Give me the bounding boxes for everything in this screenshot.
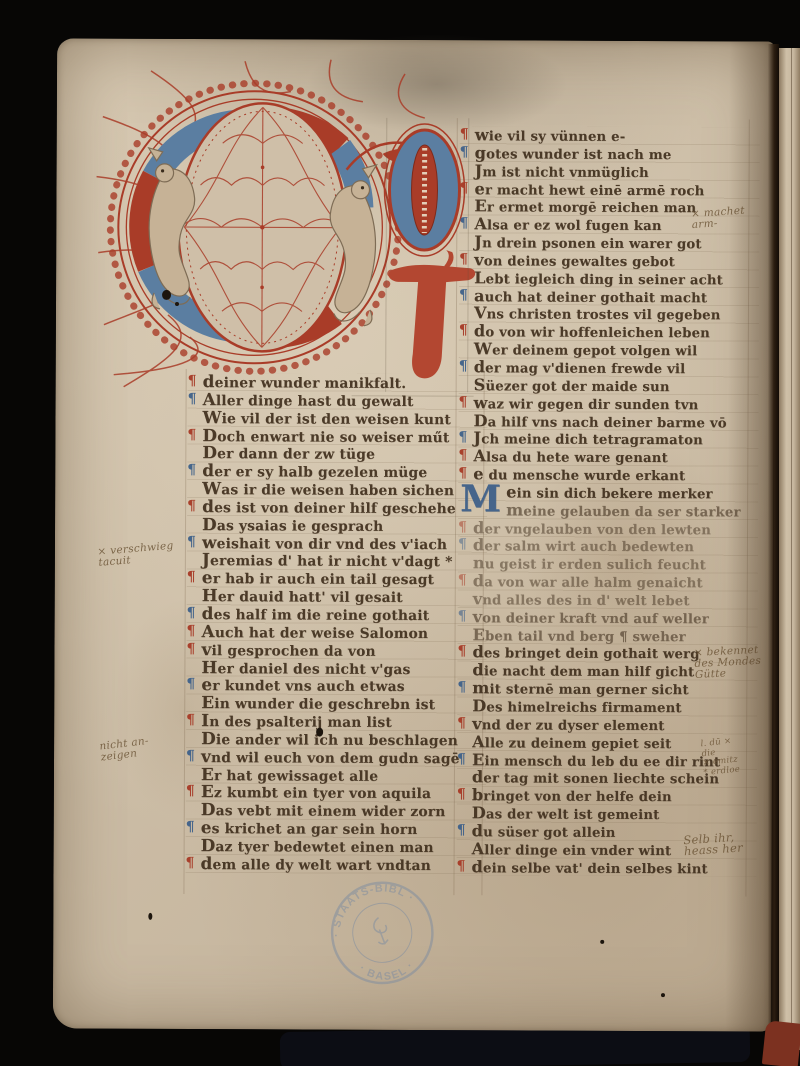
- text-line: ¶des ist von deiner hilf geschehe: [187, 498, 487, 517]
- text-line: Ein wunder die geschrebn ist: [186, 694, 486, 713]
- blue-paragraph-mark: ¶: [187, 534, 196, 552]
- text-line: Jeremias d' hat ir nicht v'dagt *: [187, 551, 487, 570]
- facing-page-edge: [779, 48, 800, 1050]
- red-paragraph-mark: ¶: [460, 126, 469, 144]
- text-line: Lebt iegleich ding in seiner acht: [459, 269, 759, 288]
- text-line: Her dauid hatt' vil gesait: [187, 587, 487, 606]
- ink-speck: [175, 302, 179, 306]
- text-line: ¶der salm wirt auch bedewten: [458, 537, 758, 556]
- margin-note-small-glosses: l. dū ×die× emitz* erdloe: [700, 737, 740, 778]
- blue-paragraph-mark: ¶: [457, 679, 466, 697]
- ink-speck: [661, 993, 665, 997]
- margin-note-machet-arm: × machetarm-: [691, 206, 746, 231]
- text-line: ¶weishait von dir vnd des v'iach: [187, 534, 487, 553]
- text-line: ¶wie vil sy vünnen e-: [460, 126, 760, 145]
- text-line: ¶vil gesprochen da von: [186, 641, 486, 660]
- text-column-left: ¶deiner wunder manikfalt.¶Aller dinge ha…: [186, 373, 488, 874]
- margin-note-nicht-anzeigen: nicht an-zeigen: [99, 736, 151, 764]
- red-paragraph-mark: ¶: [186, 712, 195, 730]
- text-line: Das vebt mit einem wider zorn: [186, 801, 486, 820]
- text-line: Da hilf vns nach deiner barme vō: [458, 412, 758, 431]
- margin-note-mondes-guette: × bekennetdes MondesGütte: [694, 645, 762, 681]
- text-line: ¶er hab ir auch ein tail gesagt: [187, 569, 487, 588]
- binding-red-corner: [762, 1020, 800, 1066]
- text-line: Er hat gewissaget alle: [186, 766, 486, 785]
- text-line: Wie vil der ist den weisen kunt: [187, 409, 487, 428]
- red-paragraph-mark: ¶: [187, 427, 196, 445]
- library-stamp-basel: · STAATS-BIBL · · BASEL ·: [311, 862, 454, 1005]
- illuminated-initial-got: [94, 57, 477, 403]
- text-line: ¶Jch meine dich tetragramaton: [458, 430, 758, 449]
- text-line: Was ir die weisen haben sichen: [187, 480, 487, 499]
- text-line: Jm ist nicht vnmüglich: [460, 162, 760, 181]
- blue-paragraph-mark: ¶: [186, 819, 195, 837]
- ink-blot: [316, 728, 323, 737]
- red-paragraph-mark: ¶: [459, 251, 468, 269]
- text-line: ¶der er sy halb gezelen müge: [187, 462, 487, 481]
- ink-speck: [148, 913, 152, 920]
- text-line: ¶Doch enwart nie so weiser műt: [187, 427, 487, 446]
- text-line: ¶er kundet vns auch etwas: [186, 676, 486, 695]
- red-paragraph-mark: ¶: [188, 373, 197, 391]
- text-line: ¶Aller dinge hast du gewalt: [188, 391, 488, 410]
- red-paragraph-mark: ¶: [187, 623, 196, 641]
- text-line: ¶auch hat deiner gothait macht: [459, 287, 759, 306]
- text-line: Her daniel des nicht v'gas: [186, 659, 486, 678]
- text-line: ¶es krichet an gar sein horn: [186, 819, 486, 838]
- text-line: ¶In des psalterij man list: [186, 712, 486, 731]
- blue-paragraph-mark: ¶: [457, 751, 466, 769]
- text-line: Jn drein psonen ein warer got: [459, 233, 759, 252]
- text-line: ¶da von war alle halm genaicht: [458, 572, 758, 591]
- ink-hole: [162, 290, 171, 300]
- blue-paragraph-mark: ¶: [187, 605, 196, 623]
- blue-paragraph-mark: ¶: [459, 287, 468, 305]
- red-paragraph-mark: ¶: [186, 783, 195, 801]
- blue-paragraph-mark: ¶: [188, 391, 197, 409]
- text-line: Des himelreichs firmament: [457, 697, 757, 716]
- text-line: ¶vnd der zu dyser element: [457, 715, 757, 734]
- text-line: ¶dein selbe vat' dein selbes kint: [457, 858, 757, 877]
- blue-paragraph-mark: ¶: [186, 676, 195, 694]
- text-line: ¶des half im die reine gothait: [187, 605, 487, 624]
- text-line: ¶Auch hat der weise Salomon: [187, 623, 487, 642]
- text-line: ¶waz wir gegen dir sunden tvn: [459, 394, 759, 413]
- text-line: ¶vnd wil euch von dem gudn sagē: [186, 748, 486, 767]
- red-paragraph-mark: ¶: [457, 786, 466, 804]
- ink-speck: [600, 940, 604, 944]
- text-line: ¶bringet von der helfe dein: [457, 786, 757, 805]
- text-line: ¶gotes wunder ist nach me: [460, 144, 760, 163]
- blue-paragraph-mark: ¶: [458, 430, 467, 448]
- blue-paragraph-mark: ¶: [457, 822, 466, 840]
- text-line: Das ysaias ie gesprach: [187, 516, 487, 535]
- text-line: ¶Alsa du hete ware genant: [458, 447, 758, 466]
- text-line: Mein sin dich bekere merker: [458, 483, 758, 502]
- text-line: ¶von deines gewaltes gebot: [459, 251, 759, 270]
- blue-paragraph-mark: ¶: [460, 144, 469, 162]
- text-line: vnd alles des in d' welt lebet: [458, 590, 758, 609]
- text-line: ¶der vngelauben von den lewten: [458, 519, 758, 538]
- text-line: ¶e du mensche wurde erkant: [458, 465, 758, 484]
- text-line: Eben tail vnd berg ¶ sweher: [458, 626, 758, 645]
- initial-g-panel: [178, 103, 347, 352]
- red-paragraph-mark: ¶: [459, 322, 468, 340]
- text-line: ¶Ez kumbt ein tyer von aquila: [186, 783, 486, 802]
- red-paragraph-mark: ¶: [187, 569, 196, 587]
- red-paragraph-mark: ¶: [457, 715, 466, 733]
- page-crease: [791, 48, 792, 1050]
- margin-note-verschwieg: × verschwiegtacuit: [97, 541, 175, 569]
- red-paragraph-mark: ¶: [458, 447, 467, 465]
- manuscript-page: ¶deiner wunder manikfalt.¶Aller dinge ha…: [53, 38, 775, 1031]
- blue-paragraph-mark: ¶: [459, 215, 468, 233]
- initial-o-medallion: [384, 124, 465, 256]
- text-line: nu geist ir erden sulich feucht: [458, 554, 758, 573]
- text-line: Wer deinem gepot volgen wil: [459, 340, 759, 359]
- stamp-emblem-baselstab: [372, 916, 390, 946]
- text-line: Vns christen trostes vil gegeben: [459, 305, 759, 324]
- red-paragraph-mark: ¶: [186, 855, 195, 873]
- text-line: ¶dem alle dy welt wart vndtan: [186, 855, 486, 874]
- red-paragraph-mark: ¶: [457, 644, 466, 662]
- book-gutter-shadow: [763, 44, 779, 1040]
- text-line: ¶von deiner kraft vnd auf weller: [458, 608, 758, 627]
- text-line: ¶er macht hewt einē armē roch: [459, 180, 759, 199]
- text-line: Daz tyer bedewtet einen man: [186, 837, 486, 856]
- text-line: Der dann der zw tüge: [187, 444, 487, 463]
- red-paragraph-mark: ¶: [459, 394, 468, 412]
- blue-paragraph-mark: ¶: [459, 358, 468, 376]
- red-paragraph-mark: ¶: [186, 641, 195, 659]
- blue-paragraph-mark: ¶: [187, 462, 196, 480]
- text-line: ¶deiner wunder manikfalt.: [188, 373, 488, 392]
- blue-paragraph-mark: ¶: [186, 748, 195, 766]
- blue-paragraph-mark: ¶: [458, 537, 467, 555]
- text-line: ¶mit sternē man gerner sicht: [457, 679, 757, 698]
- line-text: dein selbe vat' dein selbes kint: [472, 858, 708, 879]
- red-paragraph-mark: ¶: [459, 180, 468, 198]
- text-line: ¶der mag v'dienen frewde vil: [459, 358, 759, 377]
- ruling-line: [745, 119, 749, 896]
- red-paragraph-mark: ¶: [458, 519, 467, 537]
- red-paragraph-mark: ¶: [458, 572, 467, 590]
- text-line: Das der welt ist gemeint: [457, 804, 757, 823]
- manuscript-photo: ¶deiner wunder manikfalt.¶Aller dinge ha…: [0, 0, 800, 1066]
- text-line: Süezer got der maide sun: [459, 376, 759, 395]
- margin-note-selb-ihr: Selb ihr,heass her: [683, 831, 743, 857]
- blue-paragraph-mark: ¶: [458, 608, 467, 626]
- text-line: Die ander wil ich nu beschlagen: [186, 730, 486, 749]
- text-line: ¶do von wir hoffenleichen leben: [459, 322, 759, 341]
- red-paragraph-mark: ¶: [457, 858, 466, 876]
- red-paragraph-mark: ¶: [187, 498, 196, 516]
- text-line: meine gelauben da ser starker: [458, 501, 758, 520]
